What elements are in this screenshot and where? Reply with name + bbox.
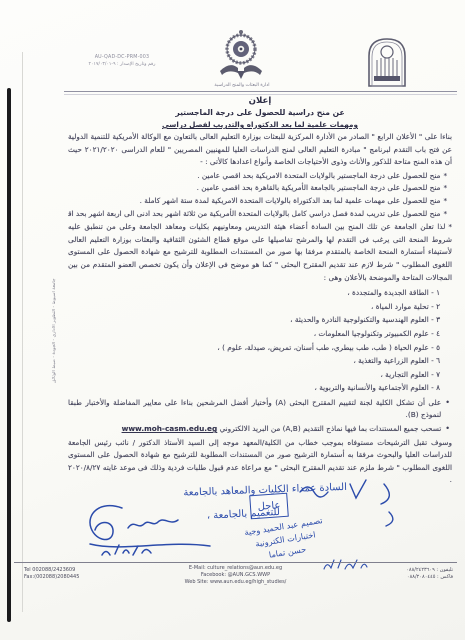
margin-vertical-note: جامعة اسيوط - التطوير الادارى - الجودة -…: [52, 278, 57, 438]
issue-date-line: رقم وتاريخ الإصدار : ٩-٢٠١٧/٠٣/٠١: [72, 62, 172, 67]
field-item: ٨ - العلوم الأجتماعية والأنسانية والتربو…: [68, 381, 440, 395]
announcement-text: لذا تعلن الجامعة عن تلك المنح بين السادة…: [68, 222, 452, 281]
field-item: ٣ - العلوم الهندسية والتكنولوجية النادرة…: [68, 313, 440, 327]
field-item: ٧ - العلوم التجارية ،: [68, 368, 440, 382]
header-divider: [64, 91, 457, 95]
asterisk-marker: *: [448, 221, 452, 234]
committee-text: على أن تشكل الكلية لجنة لتقييم المقترح ا…: [68, 397, 441, 422]
grant-text: منح للحصول على تدريب لمدة فصل دراسي كامل…: [68, 209, 440, 218]
field-item: ٢ - تحلية موارد المياة ،: [68, 300, 440, 314]
footer-arabic-block: تليفون : ٠٨٨/٢٤٢٣٦٠٩ فاكس : ٠٨٨/٢٠٨٠٤٤٥: [406, 567, 453, 581]
grant-item: *منح للحصول على مهمات علمية لما بعد الدك…: [68, 195, 452, 208]
scanned-document-page: جامعة اسيوط - التطوير الادارى - الجودة -…: [0, 0, 465, 640]
field-item: ٥ - علوم الحياة ( طب، طب بيطري، طب أسنان…: [68, 341, 440, 355]
document-code-block: AU-QAD-DC-PRM-003 رقم وتاريخ الإصدار : ٩…: [72, 55, 172, 67]
footer-divider: [14, 562, 457, 563]
grant-item: *منح للحصول على تدريب لمدة فصل دراسي كام…: [68, 208, 452, 221]
footer-fax-ar: فاكس : ٠٨٨/٢٠٨٠٤٤٥: [406, 574, 453, 581]
grant-text: منح للحصول على مهمات علمية لما بعد الدكت…: [140, 196, 441, 205]
download-bullet: • تسحب جميع المستندات بما فيها نماذج الت…: [68, 423, 450, 436]
grant-item: *منح للحصول على درجة الماجستير بالجامعة …: [68, 182, 452, 195]
bullet-marker: •: [445, 397, 450, 422]
field-item: ١ - الطاقة الجديدة والمتجددة ،: [68, 286, 440, 300]
asterisk-marker: *: [443, 182, 447, 195]
download-text: تسحب جميع المستندات بما فيها نماذج التقد…: [122, 423, 442, 436]
field-item: ٤ - علوم الكمبيوتر وتكنولوجيا المعلومات …: [68, 327, 440, 341]
page-subtitle-2: ومهمات علمية لما بعد الدكتوراه والتدريب …: [64, 120, 456, 129]
footer-fax: Fax:(002088)2080445: [24, 574, 79, 581]
asterisk-marker: *: [443, 195, 447, 208]
footer-facebook: Facebook: @AUN.GCS.WWP: [148, 572, 323, 579]
footer-website: Web Site: www.aun.edu.eg/high_studies/: [148, 579, 323, 586]
handwritten-date-icon: [320, 556, 368, 574]
footer-tel: Tel 002088/2423609: [24, 567, 79, 574]
footer-tel-ar: تليفون : ٠٨٨/٢٤٢٣٦٠٩: [406, 567, 453, 574]
footer-phone-block: Tel 002088/2423609 Fax:(002088)2080445: [24, 567, 79, 581]
footer-email: E-Mail: culture_relations@aun.edu.eg: [148, 565, 323, 572]
asterisk-marker: *: [443, 208, 447, 221]
field-item: ٦ - العلوم الزراعية والتغذية ،: [68, 354, 440, 368]
assiut-university-emblem-icon: [366, 36, 408, 92]
scan-edge-artifact: [7, 88, 11, 622]
scholarships-directorate-emblem-icon: [216, 29, 266, 87]
grant-item: *منح للحصول على درجة الماجستير بالولايات…: [68, 170, 452, 183]
logo-caption: ادارة البعثات والمنح الدراسية: [196, 83, 288, 88]
footer-contact-block: E-Mail: culture_relations@aun.edu.eg Fac…: [148, 565, 323, 586]
fields-list: ١ - الطاقة الجديدة والمتجددة ، ٢ - تحلية…: [68, 286, 440, 395]
handwritten-initials-icon: [292, 476, 407, 534]
bullet-marker: •: [445, 423, 450, 436]
intro-paragraph: بناءا على " الأعلان الرابع " الصادر من ا…: [68, 131, 452, 169]
ministry-portal-link: www.moh-casm.edu.eg: [122, 424, 218, 433]
grant-text: منح للحصول على درجة الماجستير بالولايات …: [197, 171, 440, 180]
grant-text: منح للحصول على درجة الماجستير بالجامعة ا…: [197, 183, 441, 192]
asterisk-marker: *: [443, 170, 447, 183]
handwritten-signature-icon: [82, 498, 217, 560]
announcement-paragraph: *لذا تعلن الجامعة عن تلك المنح بين الساد…: [68, 221, 452, 284]
document-body: بناءا على " الأعلان الرابع " الصادر من ا…: [68, 131, 452, 494]
committee-bullet: • على أن تشكل الكلية لجنة لتقييم المقترح…: [68, 397, 450, 422]
paper-fold-line: [22, 52, 23, 612]
page-subtitle: عن منح دراسية للحصول على درجة الماجستير: [64, 108, 456, 117]
document-code: AU-QAD-DC-PRM-003: [72, 55, 172, 60]
page-title: إعلان: [64, 96, 456, 106]
